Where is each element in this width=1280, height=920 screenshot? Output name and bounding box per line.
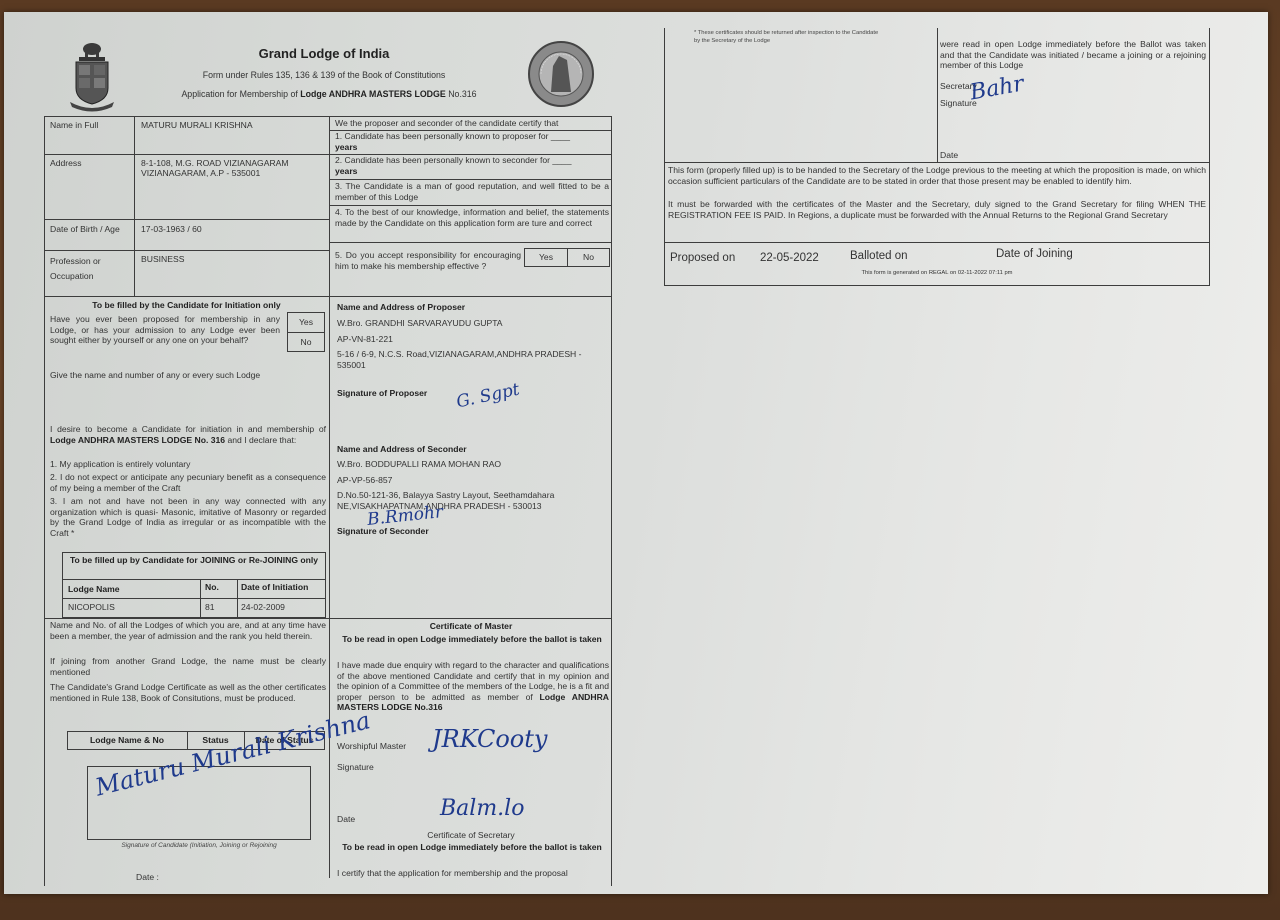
proposer-reg: AP-VN-81-221 bbox=[337, 334, 393, 345]
row-divider bbox=[44, 154, 329, 155]
footnote-line-2: by the Secretary of the Lodge bbox=[694, 37, 878, 45]
row-divider bbox=[62, 598, 326, 599]
initiation-no-option[interactable]: No bbox=[287, 332, 325, 352]
application-line: Application for Membership of Lodge ANDH… bbox=[144, 89, 514, 99]
dob-label: Date of Birth / Age bbox=[50, 224, 120, 235]
master-certificate-heading: Certificate of Master bbox=[331, 621, 611, 632]
certify-item-1: 1. Candidate has been personally known t… bbox=[335, 131, 609, 152]
row-divider bbox=[62, 579, 326, 580]
application-lodge: Lodge ANDHRA MASTERS LODGE bbox=[300, 89, 445, 99]
desire-suffix: and I declare that: bbox=[225, 435, 296, 445]
row-divider bbox=[44, 219, 329, 220]
form-subtitle: Form under Rules 135, 136 & 139 of the B… bbox=[164, 70, 484, 80]
desire-lodge: Lodge ANDHRA MASTERS LODGE No. 316 bbox=[50, 435, 225, 445]
declaration-1: 1. My application is entirely voluntary bbox=[50, 459, 190, 470]
certify-item-1-suffix: years bbox=[335, 142, 357, 152]
certify-item-2: 2. Candidate has been personally known t… bbox=[335, 155, 609, 176]
form-title: Grand Lodge of India bbox=[204, 46, 444, 61]
section-divider bbox=[664, 162, 1210, 163]
worshipful-master-signature: JRKCooty bbox=[432, 725, 547, 753]
secretary-certificate-subheading: To be read in open Lodge immediately bef… bbox=[339, 842, 605, 853]
seconder-heading: Name and Address of Seconder bbox=[337, 444, 467, 455]
lodges-history-para1: Name and No. of all the Lodges of which … bbox=[50, 620, 326, 641]
proposer-heading: Name and Address of Proposer bbox=[337, 302, 465, 313]
master-certificate-subheading: To be read in open Lodge immediately bef… bbox=[339, 634, 605, 645]
master-date-signature: Balm.lo bbox=[440, 796, 524, 821]
name-value: MATURU MURALI KRISHNA bbox=[141, 120, 253, 131]
master-certificate-body: I have made due enquiry with regard to t… bbox=[337, 660, 609, 713]
balloted-on-label: Balloted on bbox=[850, 250, 908, 262]
date-of-joining-label: Date of Joining bbox=[996, 248, 1073, 260]
grand-lodge-crest-icon bbox=[66, 40, 118, 112]
footnote-line-1: * These certificates should be returned … bbox=[694, 29, 878, 37]
application-prefix: Application for Membership of bbox=[181, 89, 300, 99]
master-date-label: Date bbox=[337, 814, 355, 825]
proposed-on-value: 22-05-2022 bbox=[760, 252, 819, 264]
row-divider bbox=[329, 242, 612, 243]
certify-item-2-suffix: years bbox=[335, 166, 357, 176]
column-divider bbox=[937, 28, 938, 162]
joining-heading: To be filled up by Candidate for JOINING… bbox=[66, 555, 322, 566]
joining-row-lodge: NICOPOLIS bbox=[68, 602, 115, 613]
secretary-certificate-body: were read in open Lodge immediately befo… bbox=[940, 39, 1206, 71]
candidate-signature-caption: Signature of Candidate (Initiation, Join… bbox=[87, 842, 311, 849]
desire-statement: I desire to become a Candidate for initi… bbox=[50, 424, 326, 445]
seconder-address: D.No.50-121-36, Balayya Sastry Layout, S… bbox=[337, 490, 577, 511]
application-no: No.316 bbox=[446, 89, 477, 99]
certify-item-5: 5. Do you accept responsibility for enco… bbox=[335, 250, 521, 271]
declaration-2: 2. I do not expect or anticipate any pec… bbox=[50, 472, 326, 493]
col-divider bbox=[237, 579, 238, 618]
certify-item-2-text: 2. Candidate has been personally known t… bbox=[335, 155, 572, 165]
form-sheet: Grand Lodge of India Form under Rules 13… bbox=[4, 12, 1268, 894]
address-line1: 8-1-108, M.G. ROAD VIZIANAGARAM bbox=[141, 158, 289, 169]
profession-value: BUSINESS bbox=[141, 254, 184, 265]
row-divider bbox=[329, 205, 612, 206]
certify-item-4: 4. To the best of our knowledge, informa… bbox=[335, 207, 609, 228]
joining-col-date: Date of Initiation bbox=[241, 582, 308, 593]
desire-prefix: I desire to become a Candidate for initi… bbox=[50, 424, 326, 434]
section-divider bbox=[44, 296, 612, 297]
address-line2: VIZIANAGARAM, A.P - 535001 bbox=[141, 168, 260, 179]
give-name-instruction: Give the name and number of any or every… bbox=[50, 370, 260, 381]
footnote: * These certificates should be returned … bbox=[694, 29, 878, 45]
proposer-signature-label: Signature of Proposer bbox=[337, 388, 427, 399]
initiation-yes-option[interactable]: Yes bbox=[287, 312, 325, 333]
joining-row-no: 81 bbox=[205, 602, 215, 613]
dob-value: 17-03-1963 / 60 bbox=[141, 224, 202, 235]
master-signature-label: Signature bbox=[337, 762, 374, 773]
label-divider bbox=[134, 116, 135, 296]
declaration-3: 3. I am not and have not been in any way… bbox=[50, 496, 326, 538]
secretary-certificate-body-start: I certify that the application for membe… bbox=[337, 868, 613, 878]
responsibility-yes-option[interactable]: Yes bbox=[524, 248, 568, 267]
worshipful-master-label: Worshipful Master bbox=[337, 741, 406, 752]
instructions-para2: It must be forwarded with the certificat… bbox=[668, 199, 1206, 220]
row-divider bbox=[44, 250, 329, 251]
joining-row-date: 24-02-2009 bbox=[241, 602, 285, 613]
secretary-certificate-heading: Certificate of Secretary bbox=[331, 830, 611, 841]
joining-col-no: No. bbox=[205, 582, 219, 593]
certify-item-1-text: 1. Candidate has been personally known t… bbox=[335, 131, 570, 141]
history-col-lodge: Lodge Name & No bbox=[67, 735, 187, 746]
proposed-on-label: Proposed on bbox=[670, 252, 735, 264]
column-divider bbox=[329, 116, 330, 878]
proposer-name: W.Bro. GRANDHI SARVARAYUDU GUPTA bbox=[337, 318, 503, 329]
address-label: Address bbox=[50, 158, 82, 169]
name-label: Name in Full bbox=[50, 120, 98, 131]
instructions-para1: This form (properly filled up) is to be … bbox=[668, 165, 1206, 186]
row-divider bbox=[329, 179, 612, 180]
section-divider bbox=[664, 242, 1210, 243]
certify-intro: We the proposer and seconder of the cand… bbox=[335, 118, 609, 129]
regional-seal-icon bbox=[527, 40, 595, 108]
col-divider bbox=[200, 579, 201, 618]
initiation-question: Have you ever been proposed for membersh… bbox=[50, 314, 280, 346]
generated-note: This form is generated on REGAL on 02-11… bbox=[664, 270, 1210, 276]
lodges-history-para3: The Candidate's Grand Lodge Certificate … bbox=[50, 682, 326, 703]
seconder-reg: AP-VP-56-857 bbox=[337, 475, 392, 486]
profession-label: Profession or Occupation bbox=[50, 254, 130, 284]
certify-item-3: 3. The Candidate is a man of good reputa… bbox=[335, 181, 609, 202]
seconder-name: W.Bro. BODDUPALLI RAMA MOHAN RAO bbox=[337, 459, 501, 470]
responsibility-no-option[interactable]: No bbox=[567, 248, 610, 267]
joining-col-lodge: Lodge Name bbox=[68, 584, 120, 595]
candidate-date-label: Date : bbox=[136, 872, 159, 883]
initiation-heading: To be filled by the Candidate for Initia… bbox=[46, 300, 327, 311]
lodges-history-para2: If joining from another Grand Lodge, the… bbox=[50, 656, 326, 677]
section-divider bbox=[44, 618, 612, 619]
secretary-date-label: Date bbox=[940, 150, 958, 161]
proposer-address: 5-16 / 6-9, N.C.S. Road,VIZIANAGARAM,AND… bbox=[337, 349, 609, 370]
